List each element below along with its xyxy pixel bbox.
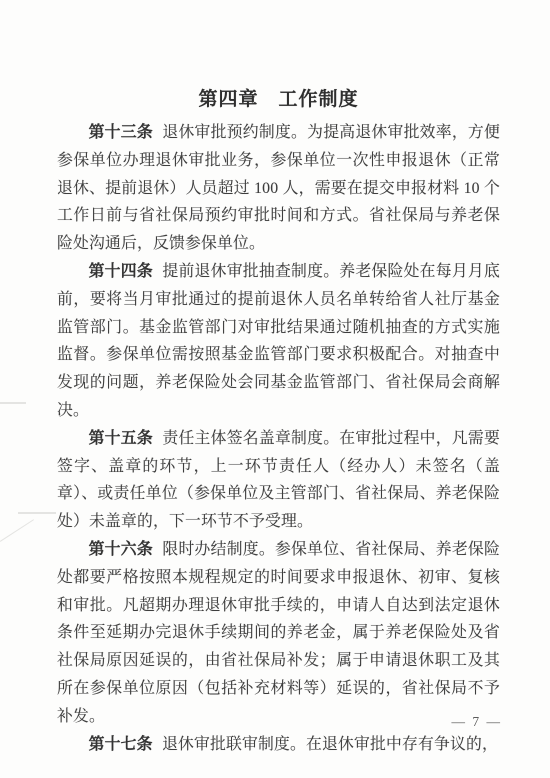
document-content: 第四章 工作制度 第十三条退休审批预约制度。为提高退休审批效率，方便参保单位办理… — [0, 0, 550, 758]
article-14-text: 提前退休审批抽查制度。养老保险处在每月月底前，要将当月审批通过的提前退休人员名单… — [57, 263, 500, 419]
article-13-text: 退休审批预约制度。为提高退休审批效率，方便参保单位办理退休审批业务，参保单位一次… — [57, 124, 500, 252]
article-14-number: 第十四条 — [89, 263, 153, 280]
article-17-text: 退休审批联审制度。在退休审批中存有争议的， — [162, 736, 498, 753]
article-16-text: 限时办结制度。参保单位、省社保局、养老保险处都要严格按照本规程规定的时间要求申报… — [57, 541, 500, 725]
chapter-title: 第四章 工作制度 — [57, 88, 500, 112]
article-17-paragraph: 第十七条退休审批联审制度。在退休审批中存有争议的， — [57, 731, 500, 759]
article-13-number: 第十三条 — [89, 124, 153, 141]
article-15-paragraph: 第十五条责任主体签名盖章制度。在审批过程中，凡需要签字、盖章的环节，上一环节责任… — [57, 425, 500, 536]
article-16-paragraph: 第十六条限时办结制度。参保单位、省社保局、养老保险处都要严格按照本规程规定的时间… — [57, 536, 500, 731]
article-15-number: 第十五条 — [89, 430, 153, 447]
scanned-document-page: 第四章 工作制度 第十三条退休审批预约制度。为提高退休审批效率，方便参保单位办理… — [0, 0, 550, 778]
article-17-number: 第十七条 — [89, 736, 153, 753]
article-14-paragraph: 第十四条提前退休审批抽查制度。养老保险处在每月月底前，要将当月审批通过的提前退休… — [57, 258, 500, 425]
page-number: — 7 — — [452, 714, 503, 730]
article-16-number: 第十六条 — [89, 541, 153, 558]
article-13-paragraph: 第十三条退休审批预约制度。为提高退休审批效率，方便参保单位办理退休审批业务，参保… — [57, 119, 500, 258]
